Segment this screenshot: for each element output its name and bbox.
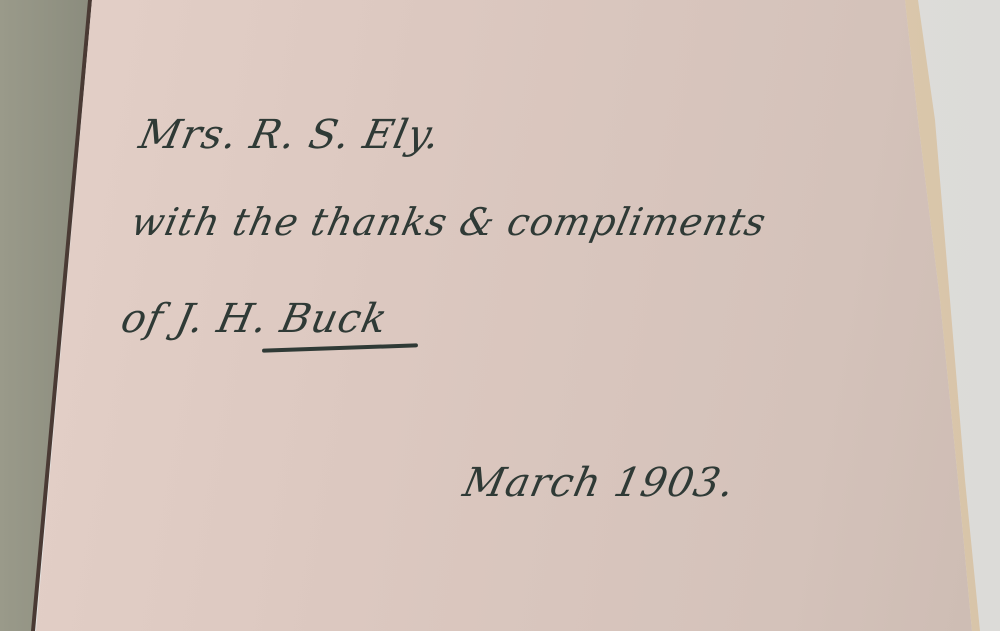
inscription-recipient: Mrs. R. S. Ely. [135,112,445,158]
inscription-signature: of J. H. Buck [117,296,392,342]
photo-scene: Mrs. R. S. Ely. with the thanks & compli… [0,0,1000,631]
inscription-message: with the thanks & compliments [127,200,770,244]
inscription-date: March 1903. [459,460,739,506]
